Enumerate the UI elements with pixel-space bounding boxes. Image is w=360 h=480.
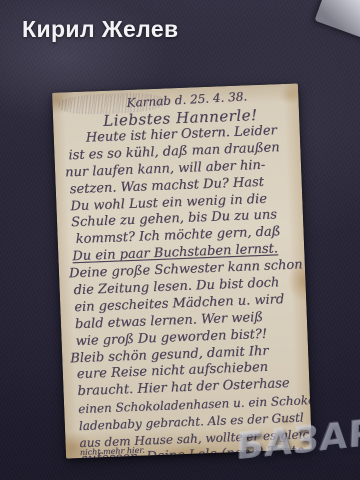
letter-body: Heute ist hier Ostern. Leider ist es so … xyxy=(62,122,312,458)
background-object-corner xyxy=(315,0,360,40)
listing-title: Кирил Желев xyxy=(22,16,179,43)
listing-photo: Кирил Желев Karnab d. 25. 4. 38. Liebste… xyxy=(0,0,360,480)
postcard-photo: Karnab d. 25. 4. 38. Liebstes Hannerle! … xyxy=(52,83,312,458)
handwritten-letter: Karnab d. 25. 4. 38. Liebstes Hannerle! … xyxy=(52,83,312,458)
